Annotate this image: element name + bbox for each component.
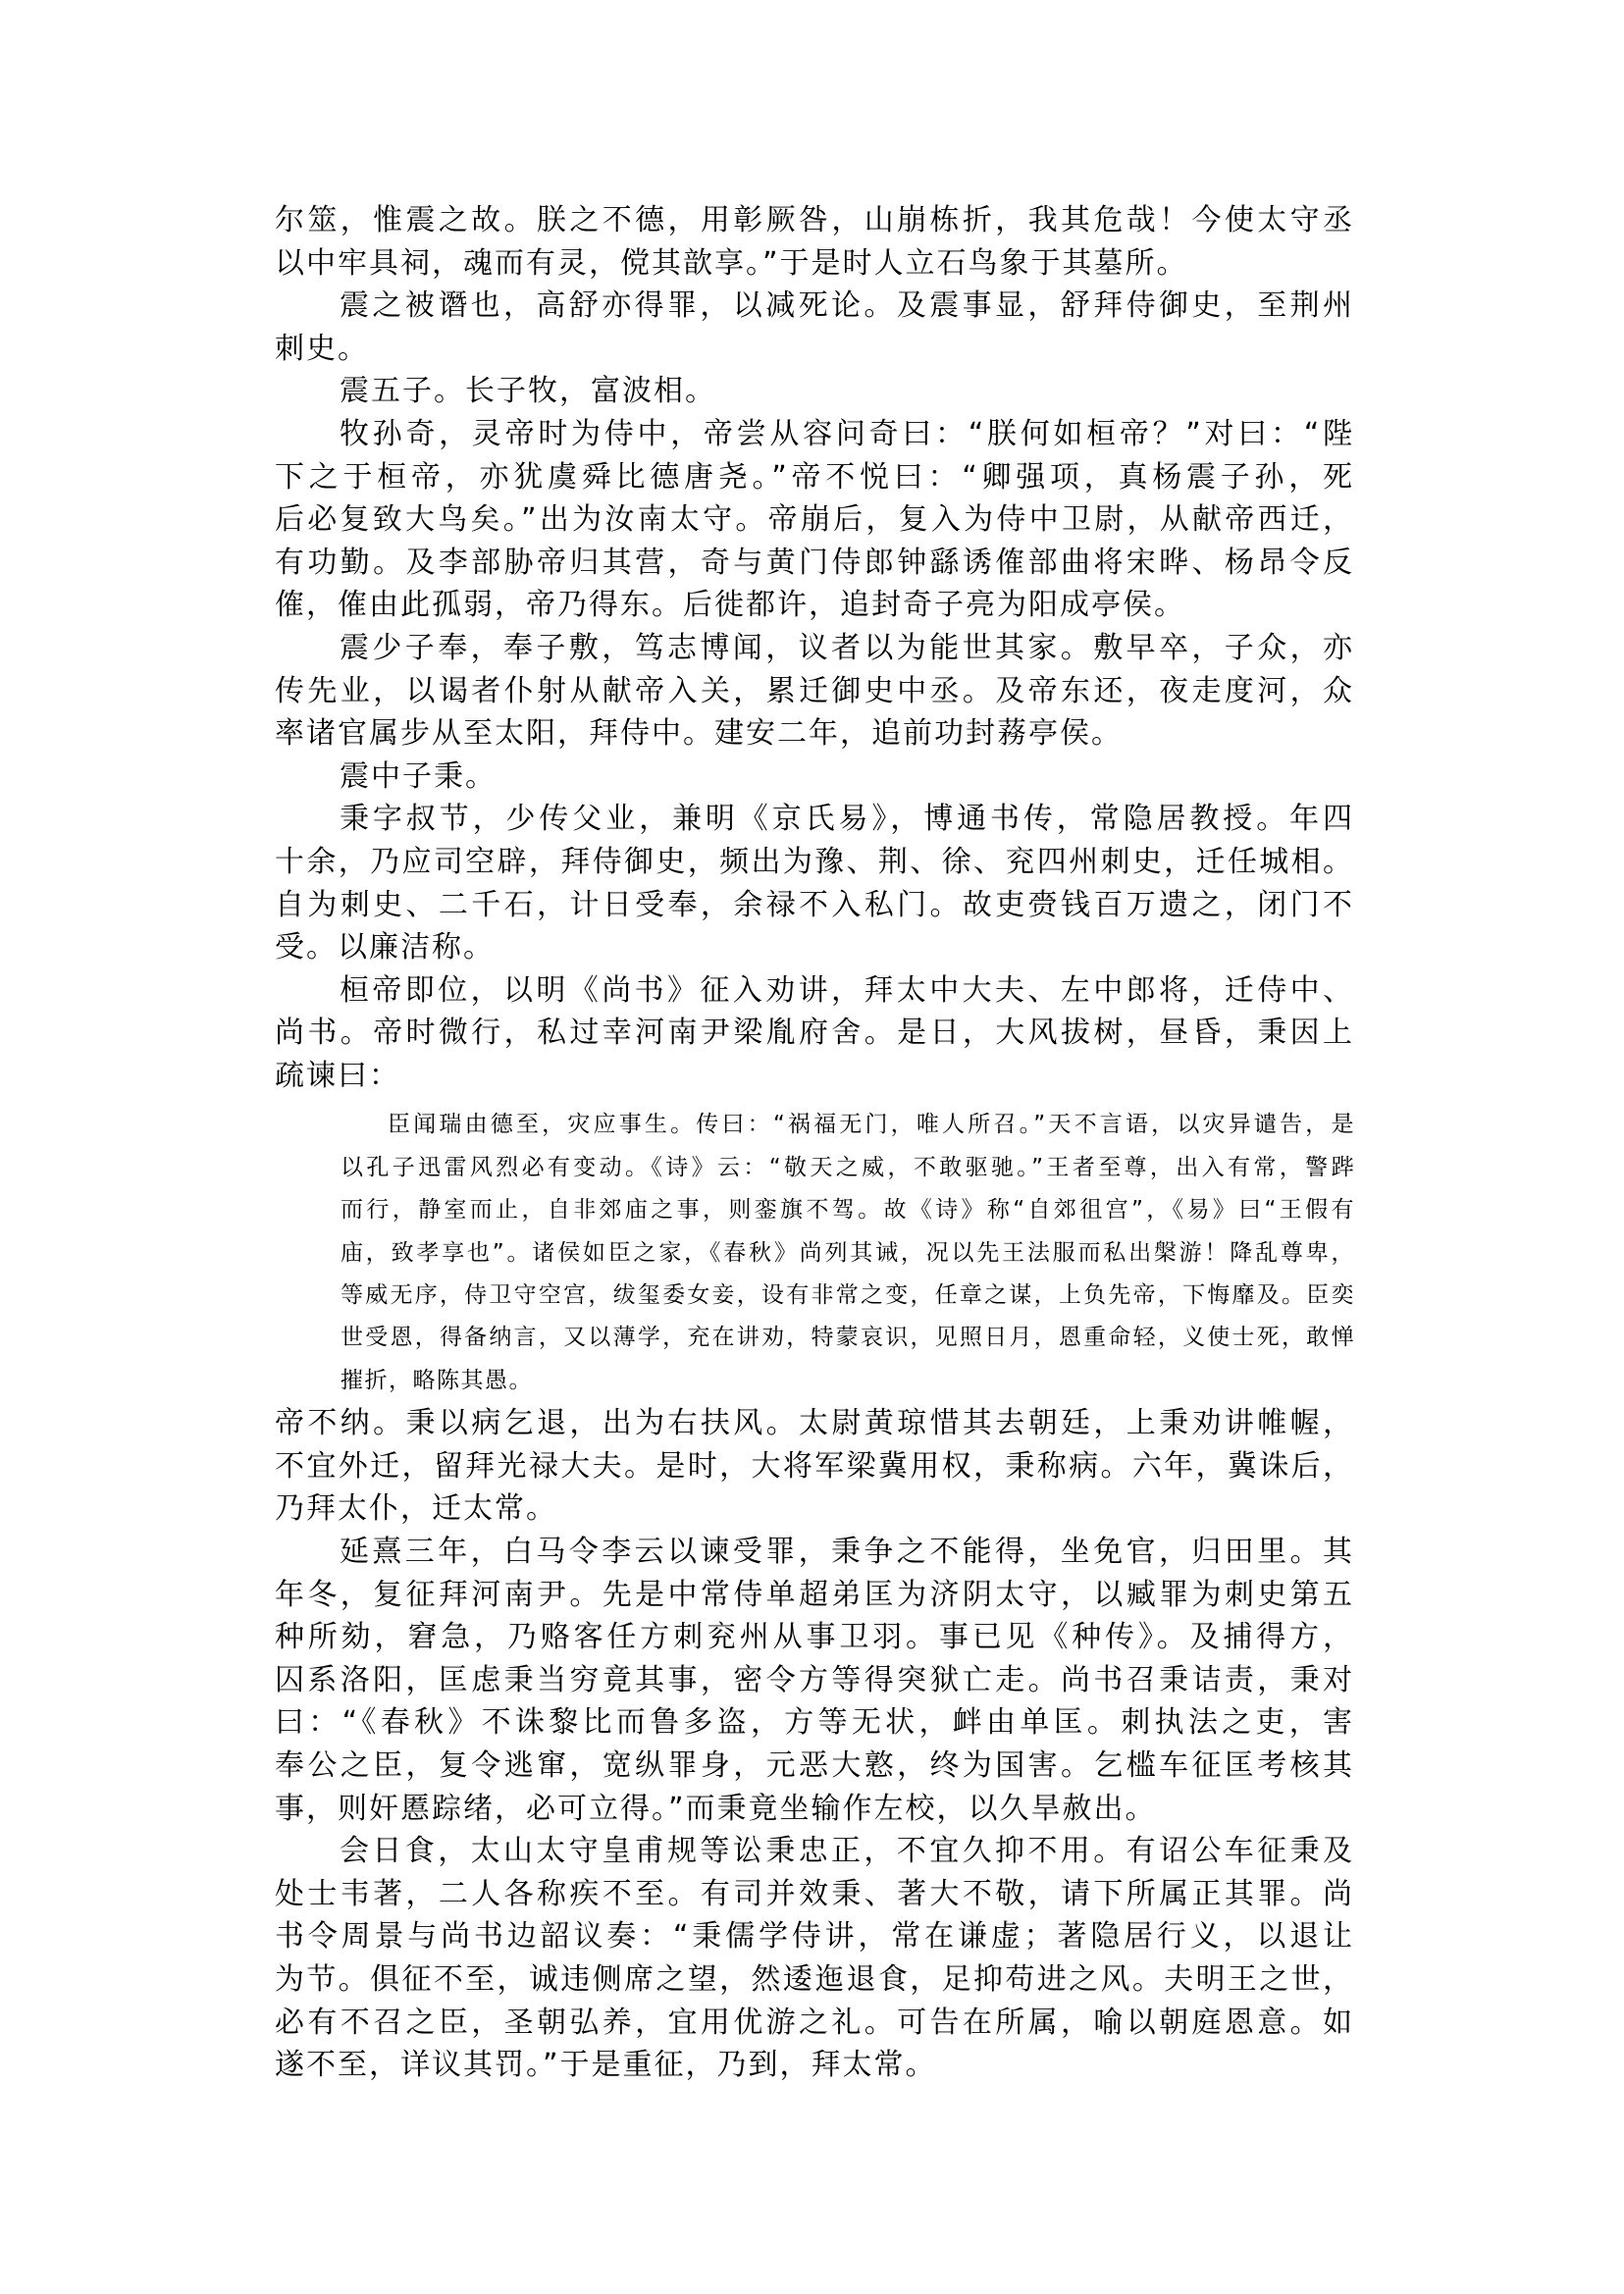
text-line: 以中牢具祠，魂而有灵，傥其歆享。”于是时人立石鸟象于其墓所。 (275, 242, 1354, 286)
paragraph: 震中子秉。 (275, 756, 1354, 799)
paragraph: 震少子奉，奉子敷，笃志博闻，议者以为能世其家。敷早卒，子众，亦 传先业，以谒者仆… (275, 627, 1354, 756)
text-line: 必有不召之臣，圣朝弘养，宜用优游之礼。可告在所属，喻以朝庭恩意。如 (275, 2002, 1354, 2045)
text-line: 有功勤。及李部胁帝归其营，奇与黄门侍郎钟繇诱傕部曲将宋晔、杨昂令反 (275, 542, 1354, 585)
document-page: 尔筮，惟震之故。朕之不德，用彰厥咎，山崩栋折，我其危哉！今使太守丞 以中牢具祠，… (0, 0, 1624, 2294)
quote-line: 摧折，略陈其愚。 (341, 1360, 1355, 1402)
text-line: 尚书。帝时微行，私过幸河南尹梁胤府舍。是日，大风拔树，昼昏，秉因上 (275, 1012, 1354, 1055)
paragraph: 牧孙奇，灵帝时为侍中，帝尝从容问奇曰：“朕何如桓帝？”对曰：“陛 下之于桓帝，亦… (275, 413, 1354, 627)
text-line: 疏谏曰： (275, 1055, 1354, 1098)
paragraph: 尔筮，惟震之故。朕之不德，用彰厥咎，山崩栋折，我其危哉！今使太守丞 以中牢具祠，… (275, 199, 1354, 285)
paragraph: 会日食，太山太守皇甫规等讼秉忠正，不宜久抑不用。有诏公车征秉及 处士韦著，二人各… (275, 1830, 1354, 2087)
text-line: 下之于桓帝，亦犹虞舜比德唐尧。”帝不悦曰：“卿强项，真杨震子孙，死 (275, 456, 1354, 499)
text-line: 尔筮，惟震之故。朕之不德，用彰厥咎，山崩栋折，我其危哉！今使太守丞 (275, 199, 1354, 242)
text-line: 年冬，复征拜河南尹。先是中常侍单超弟匡为济阴太守，以臧罪为刺史第五 (275, 1574, 1354, 1617)
text-line: 十余，乃应司空辟，拜侍御史，频出为豫、荆、徐、兖四州刺史，迁任城相。 (275, 841, 1354, 884)
text-line: 会日食，太山太守皇甫规等讼秉忠正，不宜久抑不用。有诏公车征秉及 (275, 1830, 1354, 1873)
text-line: 传先业，以谒者仆射从献帝入关，累迁御史中丞。及帝东还，夜走度河，众 (275, 670, 1354, 713)
paragraph: 震五子。长子牧，富波相。 (275, 370, 1354, 413)
paragraph: 延熹三年，白马令李云以谏受罪，秉争之不能得，坐免官，归田里。其 年冬，复征拜河南… (275, 1531, 1354, 1830)
paragraph: 桓帝即位，以明《尚书》征入劝讲，拜太中大夫、左中郎将，迁侍中、 尚书。帝时微行，… (275, 969, 1354, 1098)
quote-line: 等威无序，侍卫守空宫，绂玺委女妾，设有非常之变，任章之谋，上负先帝，下悔靡及。臣… (341, 1275, 1355, 1317)
text-line: 震少子奉，奉子敷，笃志博闻，议者以为能世其家。敷早卒，子众，亦 (275, 627, 1354, 670)
text-line: 牧孙奇，灵帝时为侍中，帝尝从容问奇曰：“朕何如桓帝？”对曰：“陛 (275, 413, 1354, 456)
text-line: 遂不至，详议其罚。”于是重征，乃到，拜太常。 (275, 2044, 1354, 2087)
paragraph: 帝不纳。秉以病乞退，出为右扶风。太尉黄琼惜其去朝廷，上秉劝讲帷幄， 不宜外迁，留… (275, 1402, 1354, 1531)
paragraph: 秉字叔节，少传父业，兼明《京氏易》，博通书传，常隐居教授。年四 十余，乃应司空辟… (275, 798, 1354, 968)
text-line: 刺史。 (275, 328, 1354, 371)
text-line: 曰：“《春秋》不诛黎比而鲁多盗，方等无状，衅由单匡。刺执法之吏，害 (275, 1701, 1354, 1745)
paragraph: 震之被谮也，高舒亦得罪，以减死论。及震事显，舒拜侍御史，至荆州 刺史。 (275, 285, 1354, 370)
text-line: 傕，傕由此孤弱，帝乃得东。后徙都许，追封奇子亮为阳成亭侯。 (275, 584, 1354, 627)
text-line: 囚系洛阳，匡虑秉当穷竟其事，密令方等得突狱亡走。尚书召秉诘责，秉对 (275, 1659, 1354, 1702)
memorial-blockquote: 臣闻瑞由德至，灾应事生。传曰：“祸福无门，唯人所召。”天不言语，以灾异谴告，是 … (341, 1104, 1355, 1402)
text-line: 桓帝即位，以明《尚书》征入劝讲，拜太中大夫、左中郎将，迁侍中、 (275, 969, 1354, 1013)
text-line: 种所劾，窘急，乃赂客任方刺兖州从事卫羽。事已见《种传》。及捕得方， (275, 1616, 1354, 1659)
text-line: 后必复致大鸟矣。”出为汝南太守。帝崩后，复入为侍中卫尉，从献帝西迁， (275, 498, 1354, 542)
text-line: 处士韦著，二人各称疾不至。有司并效秉、著大不敬，请下所属正其罪。尚 (275, 1873, 1354, 1916)
text-line: 自为刺史、二千石，计日受奉，余禄不入私门。故吏赍钱百万遗之，闭门不 (275, 884, 1354, 927)
quote-line: 世受恩，得备纳言，又以薄学，充在讲劝，特蒙哀识，见照日月，恩重命轻，义使士死，敢… (341, 1317, 1355, 1359)
text-line: 受。以廉洁称。 (275, 926, 1354, 969)
text-line: 帝不纳。秉以病乞退，出为右扶风。太尉黄琼惜其去朝廷，上秉劝讲帷幄， (275, 1402, 1354, 1445)
text-line: 延熹三年，白马令李云以谏受罪，秉争之不能得，坐免官，归田里。其 (275, 1531, 1354, 1574)
quote-line: 臣闻瑞由德至，灾应事生。传曰：“祸福无门，唯人所召。”天不言语，以灾异谴告，是 (341, 1104, 1355, 1146)
quote-line: 庙，致孝享也”。诸侯如臣之家，《春秋》尚列其诫，况以先王法服而私出槃游！降乱尊卑… (341, 1232, 1355, 1275)
text-line: 秉字叔节，少传父业，兼明《京氏易》，博通书传，常隐居教授。年四 (275, 798, 1354, 841)
text-line: 书令周景与尚书边韶议奏：“秉儒学侍讲，常在谦虚；著隐居行义，以退让 (275, 1915, 1354, 1958)
text-line: 震之被谮也，高舒亦得罪，以减死论。及震事显，舒拜侍御史，至荆州 (275, 285, 1354, 328)
text-line: 不宜外迁，留拜光禄大夫。是时，大将军梁冀用权，秉称病。六年，冀诛后， (275, 1445, 1354, 1488)
text-line: 为节。俱征不至，诚违侧席之望，然逶迤退食，足抑苟进之风。夫明王之世， (275, 1958, 1354, 2002)
text-line: 震五子。长子牧，富波相。 (275, 370, 1354, 413)
text-column: 尔筮，惟震之故。朕之不德，用彰厥咎，山崩栋折，我其危哉！今使太守丞 以中牢具祠，… (275, 199, 1354, 2087)
text-line: 乃拜太仆，迁太常。 (275, 1487, 1354, 1531)
text-line: 事，则奸慝踪绪，必可立得。”而秉竟坐输作左校，以久旱赦出。 (275, 1788, 1354, 1831)
text-line: 震中子秉。 (275, 756, 1354, 799)
quote-line: 而行，静室而止，自非郊庙之事，则銮旗不驾。故《诗》称“自郊徂宫”，《易》曰“王假… (341, 1189, 1355, 1231)
text-line: 率诸官属步从至太阳，拜侍中。建安二年，追前功封蓩亭侯。 (275, 712, 1354, 756)
quote-line: 以孔子迅雷风烈必有变动。《诗》云：“敬天之威，不敢驱驰。”王者至尊，出入有常，警… (341, 1147, 1355, 1189)
text-line: 奉公之臣，复令逃窜，宽纵罪身，元恶大憝，终为国害。乞槛车征匡考核其 (275, 1745, 1354, 1788)
